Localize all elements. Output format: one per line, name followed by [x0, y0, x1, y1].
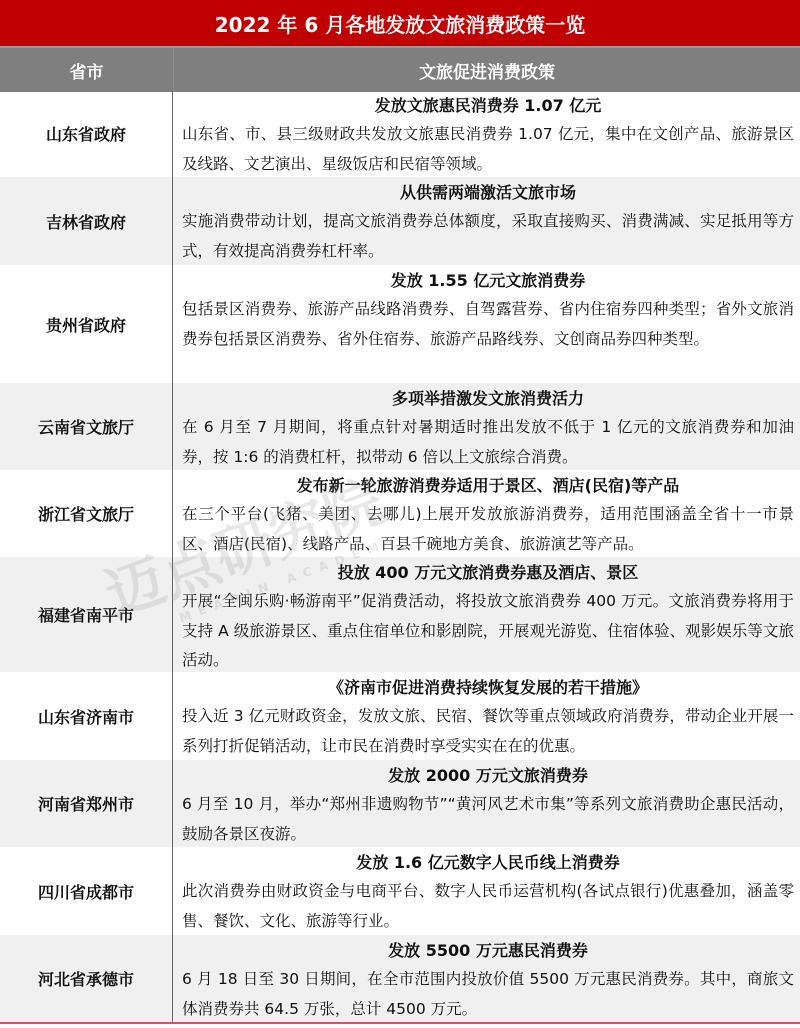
- province-cell: 河北省承德市: [0, 935, 173, 1022]
- column-header-province: 省市: [0, 48, 174, 92]
- policy-cell: 发放 1.55 亿元文旅消费券 包括景区消费券、旅游产品线路消费券、自驾露营券、…: [173, 265, 800, 383]
- policy-headline: 从供需两端激活文旅市场: [182, 179, 794, 207]
- policy-table-body: 山东省政府 发放文旅惠民消费券 1.07 亿元 山东省、市、县三级财政共发放文旅…: [0, 90, 800, 1022]
- policy-cell: 发布新一轮旅游消费券适用于景区、酒店(民宿)等产品 在三个平台(飞猪、美团、去哪…: [173, 470, 800, 557]
- policy-cell: 投放 400 万元文旅消费券惠及酒店、景区 开展“全闽乐购·畅游南平”促消费活动…: [173, 557, 800, 672]
- policy-cell: 《济南市促进消费持续恢复发展的若干措施》 投入近 3 亿元财政资金，发放文旅、民…: [173, 672, 800, 760]
- province-cell: 云南省文旅厅: [0, 383, 173, 470]
- policy-body: 6 月 18 日至 30 日期间，在全市范围内投放价值 5500 万元惠民消费券…: [182, 965, 794, 1024]
- table-row: 浙江省文旅厅 发布新一轮旅游消费券适用于景区、酒店(民宿)等产品 在三个平台(飞…: [0, 470, 800, 557]
- table-row: 吉林省政府 从供需两端激活文旅市场 实施消费带动计划，提高文旅消费券总体额度，采…: [0, 177, 800, 265]
- table-row: 四川省成都市 发放 1.6 亿元数字人民币线上消费券 此次消费券由财政资金与电商…: [0, 847, 800, 935]
- province-cell: 福建省南平市: [0, 557, 173, 672]
- policy-cell: 发放 1.6 亿元数字人民币线上消费券 此次消费券由财政资金与电商平台、数字人民…: [173, 847, 800, 935]
- province-cell: 河南省郑州市: [0, 760, 173, 847]
- table-row: 河南省郑州市 发放 2000 万元文旅消费券 6 月至 10 月，举办“郑州非遗…: [0, 760, 800, 847]
- table-row: 云南省文旅厅 多项举措激发文旅消费活力 在 6 月至 7 月期间，将重点针对暑期…: [0, 383, 800, 470]
- table-row: 福建省南平市 投放 400 万元文旅消费券惠及酒店、景区 开展“全闽乐购·畅游南…: [0, 557, 800, 672]
- policy-headline: 《济南市促进消费持续恢复发展的若干措施》: [182, 674, 794, 702]
- policy-body: 山东省、市、县三级财政共发放文旅惠民消费券 1.07 亿元，集中在文创产品、旅游…: [182, 120, 794, 179]
- policy-headline: 投放 400 万元文旅消费券惠及酒店、景区: [182, 559, 794, 587]
- policy-cell: 发放 5500 万元惠民消费券 6 月 18 日至 30 日期间，在全市范围内投…: [173, 935, 800, 1022]
- province-cell: 山东省济南市: [0, 672, 173, 760]
- policy-cell: 多项举措激发文旅消费活力 在 6 月至 7 月期间，将重点针对暑期适时推出发放不…: [173, 383, 800, 470]
- policy-cell: 发放 2000 万元文旅消费券 6 月至 10 月，举办“郑州非遗购物节”“黄河…: [173, 760, 800, 847]
- column-header-policy: 文旅促进消费政策: [174, 48, 800, 92]
- province-cell: 吉林省政府: [0, 177, 173, 265]
- policy-body: 包括景区消费券、旅游产品线路消费券、自驾露营券、省内住宿券四种类型；省外文旅消费…: [182, 295, 794, 354]
- policy-headline: 发放 1.6 亿元数字人民币线上消费券: [182, 849, 794, 877]
- table-title: 2022 年 6 月各地发放文旅消费政策一览: [0, 0, 800, 47]
- table-row: 贵州省政府 发放 1.55 亿元文旅消费券 包括景区消费券、旅游产品线路消费券、…: [0, 265, 800, 383]
- policy-headline: 发布新一轮旅游消费券适用于景区、酒店(民宿)等产品: [182, 472, 794, 500]
- policy-body: 此次消费券由财政资金与电商平台、数字人民币运营机构(各试点银行)优惠叠加，涵盖零…: [182, 877, 794, 936]
- province-cell: 山东省政府: [0, 90, 173, 177]
- column-header-row: 省市 文旅促进消费政策: [0, 46, 800, 92]
- table-bottom-border: [0, 1022, 800, 1024]
- policy-body: 在 6 月至 7 月期间，将重点针对暑期适时推出发放不低于 1 亿元的文旅消费券…: [182, 413, 794, 472]
- policy-body: 投入近 3 亿元财政资金，发放文旅、民宿、餐饮等重点领域政府消费券，带动企业开展…: [182, 702, 794, 761]
- policy-cell: 发放文旅惠民消费券 1.07 亿元 山东省、市、县三级财政共发放文旅惠民消费券 …: [173, 90, 800, 177]
- table-row: 山东省政府 发放文旅惠民消费券 1.07 亿元 山东省、市、县三级财政共发放文旅…: [0, 90, 800, 177]
- policy-body: 实施消费带动计划，提高文旅消费券总体额度，采取直接购买、消费满减、实足抵用等方式…: [182, 207, 794, 266]
- policy-headline: 发放 2000 万元文旅消费券: [182, 762, 794, 790]
- policy-headline: 发放文旅惠民消费券 1.07 亿元: [182, 92, 794, 120]
- province-cell: 贵州省政府: [0, 265, 173, 383]
- policy-body: 6 月至 10 月，举办“郑州非遗购物节”“黄河风艺术市集”等系列文旅消费助企惠…: [182, 790, 794, 849]
- policy-cell: 从供需两端激活文旅市场 实施消费带动计划，提高文旅消费券总体额度，采取直接购买、…: [173, 177, 800, 265]
- policy-headline: 发放 5500 万元惠民消费券: [182, 937, 794, 965]
- policy-headline: 多项举措激发文旅消费活力: [182, 385, 794, 413]
- table-row: 山东省济南市 《济南市促进消费持续恢复发展的若干措施》 投入近 3 亿元财政资金…: [0, 672, 800, 760]
- table-row: 河北省承德市 发放 5500 万元惠民消费券 6 月 18 日至 30 日期间，…: [0, 935, 800, 1022]
- province-cell: 四川省成都市: [0, 847, 173, 935]
- province-cell: 浙江省文旅厅: [0, 470, 173, 557]
- policy-body: 开展“全闽乐购·畅游南平”促消费活动，将投放文旅消费券 400 万元。文旅消费券…: [182, 587, 794, 676]
- policy-headline: 发放 1.55 亿元文旅消费券: [182, 267, 794, 295]
- policy-body: 在三个平台(飞猪、美团、去哪儿)上展开发放旅游消费券，适用范围涵盖全省十一市景区…: [182, 500, 794, 559]
